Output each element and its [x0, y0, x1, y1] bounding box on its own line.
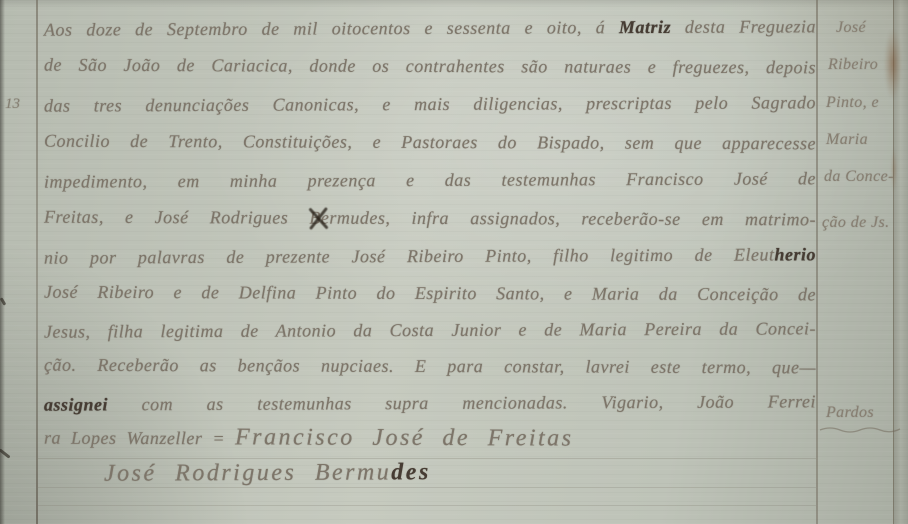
ruled-line: [38, 505, 816, 506]
line-text: nio por palavras de prezente José Ribeir…: [44, 244, 775, 267]
line-text: de São João de Cariacica, donde os contr…: [44, 55, 816, 78]
margin-divider-rule: [816, 0, 818, 524]
line-text: Freitas, e José Rodrigues Bermudes, infr…: [44, 207, 816, 230]
witness-signature: José Rodrigues Bermu: [104, 459, 391, 486]
record-number: 13: [5, 96, 35, 113]
text-line: Freitas, e José Rodrigues Bermudes, infr…: [44, 203, 816, 236]
line-text: ção. Receberão as bençãos nupciaes. E pa…: [44, 355, 816, 378]
text-line: Aos doze de Septembro de mil oitocentos …: [44, 12, 816, 45]
margin-note: Pardos: [826, 403, 896, 423]
flourish-underline: [818, 424, 902, 434]
left-margin-rule: [36, 0, 38, 524]
emphasized-word: herio: [774, 244, 816, 264]
line-text: ra Lopes Wanzeller =: [44, 428, 235, 449]
line-text: com as testemunhas supra mencionadas. Vi…: [108, 391, 816, 414]
text-line: impedimento, em minha prezença e das tes…: [44, 164, 816, 197]
margin-note: ção de Js.: [822, 213, 892, 233]
text-line: nio por palavras de prezente José Ribeir…: [44, 240, 816, 273]
signature-line: José Rodrigues Bermudes: [104, 456, 876, 497]
line-text: impedimento, em minha prezença e das tes…: [44, 168, 816, 191]
emphasized-word: Matriz: [619, 17, 671, 37]
emphasized-word: assignei: [44, 394, 108, 414]
text-line: Concilio de Trento, Constituições, e Pas…: [44, 127, 816, 160]
margin-note: Ribeiro: [828, 55, 898, 75]
margin-note: Maria: [826, 130, 896, 150]
margin-note: José: [836, 18, 906, 38]
witness-signature: Francisco José de Freitas: [235, 424, 574, 451]
emphasized-word: des: [391, 459, 431, 485]
signature-line: ra Lopes Wanzeller = Francisco José de F…: [44, 423, 816, 456]
document-page: 13 Aos doze de Septembro de mil oitocent…: [0, 0, 908, 524]
ink-blot-cross: [303, 203, 333, 235]
margin-note: da Conce-: [824, 167, 894, 187]
line-text: José Ribeiro e de Delfina Pinto do Espir…: [44, 282, 816, 305]
line-text: das tres denunciações Canonicas, e mais …: [44, 92, 816, 115]
text-line: ção. Receberão as bençãos nupciaes. E pa…: [44, 351, 816, 384]
text-line: de São João de Cariacica, donde os contr…: [44, 51, 816, 84]
text-line: das tres denunciações Canonicas, e mais …: [44, 88, 816, 121]
text-line: José Ribeiro e de Delfina Pinto do Espir…: [44, 278, 816, 311]
line-text: Aos doze de Septembro de mil oitocentos …: [44, 17, 619, 40]
line-text: Concilio de Trento, Constituições, e Pas…: [44, 131, 816, 154]
text-line: assignei com as testemunhas supra mencio…: [44, 387, 816, 420]
margin-note: Pinto, e: [826, 93, 896, 113]
line-text: Jesus, filha legitima de Antonio da Cost…: [44, 318, 816, 341]
text-line: Jesus, filha legitima de Antonio da Cost…: [44, 314, 816, 347]
binding-edge-shadow: [0, 0, 5, 524]
line-text: desta Freguezia: [671, 16, 816, 37]
